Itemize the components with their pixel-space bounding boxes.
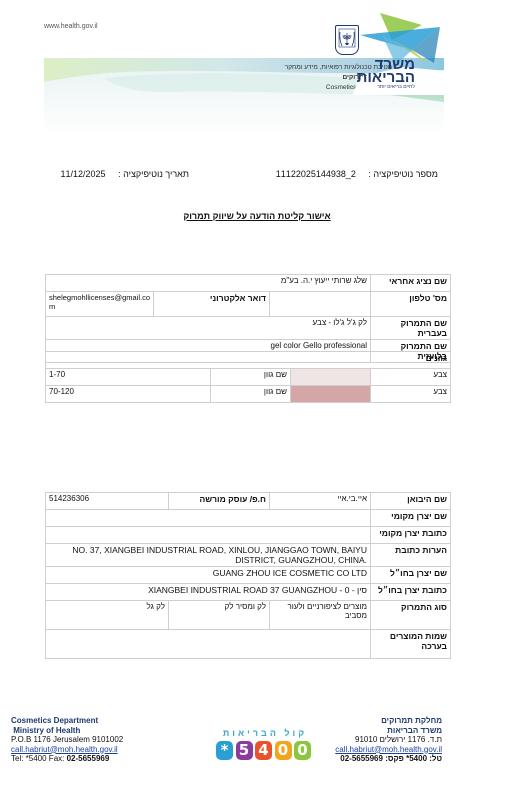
- importer-value: איי.בי.איי: [270, 493, 371, 510]
- cosmetic-type-value: מוצרים לציפורניים ולעור מסביב: [270, 601, 371, 630]
- footer-hebrew-contact: מחלקת תמרוקים משרד הבריאות ת.ד. 1176 ירו…: [335, 716, 442, 764]
- table-row: שם נציג אחראי שלג שרותי ייעוץ י.ה. בע"מ: [46, 275, 451, 292]
- site-url[interactable]: www.health.gov.il: [44, 23, 98, 30]
- shade-type-label: צבע: [371, 386, 451, 403]
- table-row: שם יצרן בחו״ל GUANG ZHOU ICE COSMETIC CO…: [46, 567, 451, 584]
- kit-product-names-label: שמות המוצרים בערכה: [371, 630, 451, 659]
- local-manufacturer-address-value: [46, 527, 371, 544]
- phone-value: [270, 292, 371, 317]
- shade-name-label: שם גוון: [211, 386, 291, 403]
- cosmetic-type-label: סוג התמרוק: [371, 601, 451, 630]
- shades-header: גוונים: [46, 352, 451, 369]
- table-row: שמות המוצרים בערכה: [46, 630, 451, 659]
- shades-table: גוונים צבע שם גוון 1-70 צבע שם גוון 70-1…: [45, 351, 451, 403]
- license-value: 514236306: [46, 493, 169, 510]
- kol-habriut-logo-title: קול הבריאות: [216, 728, 314, 738]
- footer-english-contact: Cosmetics Department Ministry of Health …: [11, 716, 123, 764]
- shade-color-swatch: [291, 386, 371, 403]
- local-manufacturer-address-label: כתובת יצרן מקומי: [371, 527, 451, 544]
- phone-label: מס' טלפון: [371, 292, 451, 317]
- foreign-manufacturer-label: שם יצרן בחו״ל: [371, 567, 451, 584]
- footer-en-department: Cosmetics Department: [11, 716, 123, 726]
- footer-en-phone: Tel: *5400 Fax: 02-5655969: [11, 754, 123, 764]
- footer-en-ministry: Ministry of Health: [11, 726, 123, 736]
- table-row: כתובת יצרן בחו״ל סין - 0 - XIANGBEI INDU…: [46, 584, 451, 601]
- shade-type-label: צבע: [371, 369, 451, 386]
- cosmetic-type-value: לק ומסיר לק: [169, 601, 270, 630]
- notification-number-value: 2_11122025144938: [276, 169, 356, 179]
- table-row: שם היבואן איי.בי.איי ח.פ/ עוסק מורשה 514…: [46, 493, 451, 510]
- footer-he-department: מחלקת תמרוקים: [335, 716, 442, 726]
- notification-number-label: מספר נוטיפיקציה :: [368, 169, 438, 179]
- cosmetic-type-value: לק גל: [46, 601, 169, 630]
- footer-en-email-link[interactable]: call.habriut@moh.health.gov.il: [11, 745, 118, 754]
- footer-he-phone: טל: 5400* פקס: 02-5655969: [335, 754, 442, 764]
- ministry-logo-title: משרד הבריאות: [355, 58, 415, 84]
- responsible-value: שלג שרותי ייעוץ י.ה. בע"מ: [46, 275, 371, 292]
- footer-en-address: P.O.B 1176 Jerusalem 9101002: [11, 735, 123, 745]
- table-row: שם התמרוק בעברית לק ג'ל ג'לו - צבע: [46, 317, 451, 340]
- table-row: מס' טלפון דואר אלקטרוני shelegmohllicens…: [46, 292, 451, 317]
- table-row: גוונים: [46, 352, 451, 369]
- foreign-manufacturer-address-value: סין - 0 - XIANGBEI INDUSTRIAL ROAD 37 GU…: [46, 584, 371, 601]
- shade-name-value: 1-70: [46, 369, 211, 386]
- local-manufacturer-value: [46, 510, 371, 527]
- ministry-logo-tagline: לחיים בריאים יותר: [357, 84, 415, 90]
- foreign-manufacturer-value: GUANG ZHOU ICE COSMETIC CO LTD: [46, 567, 371, 584]
- logo-tile: 4: [255, 741, 272, 760]
- license-label: ח.פ/ עוסק מורשה: [169, 493, 270, 510]
- product-name-he-label: שם התמרוק בעברית: [371, 317, 451, 340]
- table-row: סוג התמרוק מוצרים לציפורניים ולעור מסביב…: [46, 601, 451, 630]
- notification-date-value: 11/12/2025: [61, 169, 106, 179]
- table-row: הערות כתובת NO. 37, XIANGBEI INDUSTRIAL …: [46, 544, 451, 567]
- table-row: כתובת יצרן מקומי: [46, 527, 451, 544]
- logo-tile: 5: [236, 741, 253, 760]
- product-name-he-value: לק ג'ל ג'לו - צבע: [46, 317, 371, 340]
- table-row: צבע שם גוון 70-120: [46, 386, 451, 403]
- notification-date: תאריך נוטיפיקציה : 11/12/2025: [61, 169, 189, 179]
- address-notes-label: הערות כתובת: [371, 544, 451, 567]
- product-details-table: שם נציג אחראי שלג שרותי ייעוץ י.ה. בע"מ …: [45, 274, 451, 363]
- notification-date-label: תאריך נוטיפיקציה :: [118, 169, 189, 179]
- local-manufacturer-label: שם יצרן מקומי: [371, 510, 451, 527]
- footer-he-email-link[interactable]: call.habriut@moh.health.gov.il: [335, 745, 442, 754]
- logo-tile: 0: [294, 741, 311, 760]
- address-notes-value: NO. 37, XIANGBEI INDUSTRIAL ROAD, XINLOU…: [46, 544, 371, 567]
- footer-he-ministry: משרד הבריאות: [335, 726, 442, 736]
- table-row: שם יצרן מקומי: [46, 510, 451, 527]
- logo-tile: *: [216, 741, 233, 760]
- shade-color-swatch: [291, 369, 371, 386]
- logo-tile: 0: [275, 741, 292, 760]
- notification-number: מספר נוטיפיקציה : 2_11122025144938: [276, 169, 438, 179]
- shade-name-value: 70-120: [46, 386, 211, 403]
- importer-details-table: שם היבואן איי.בי.איי ח.פ/ עוסק מורשה 514…: [45, 492, 451, 659]
- responsible-label: שם נציג אחראי: [371, 275, 451, 292]
- table-row: צבע שם גוון 1-70: [46, 369, 451, 386]
- footer-en-fax: 02-5655969: [67, 754, 110, 763]
- footer-he-address: ת.ד. 1176 ירושלים 91010: [335, 735, 442, 745]
- footer-en-tel-label: Tel: *5400 Fax:: [11, 754, 67, 763]
- importer-label: שם היבואן: [371, 493, 451, 510]
- email-label: דואר אלקטרוני: [154, 292, 270, 317]
- foreign-manufacturer-address-label: כתובת יצרן בחו״ל: [371, 584, 451, 601]
- kit-product-names-value: [46, 630, 371, 659]
- document-title: אישור קליטת הודעה על שיווק תמרוק: [0, 211, 514, 221]
- email-value[interactable]: shelegmohllicenses@gmail.com: [46, 292, 154, 317]
- logo-title-line2: הבריאות: [355, 71, 415, 84]
- shade-name-label: שם גוון: [211, 369, 291, 386]
